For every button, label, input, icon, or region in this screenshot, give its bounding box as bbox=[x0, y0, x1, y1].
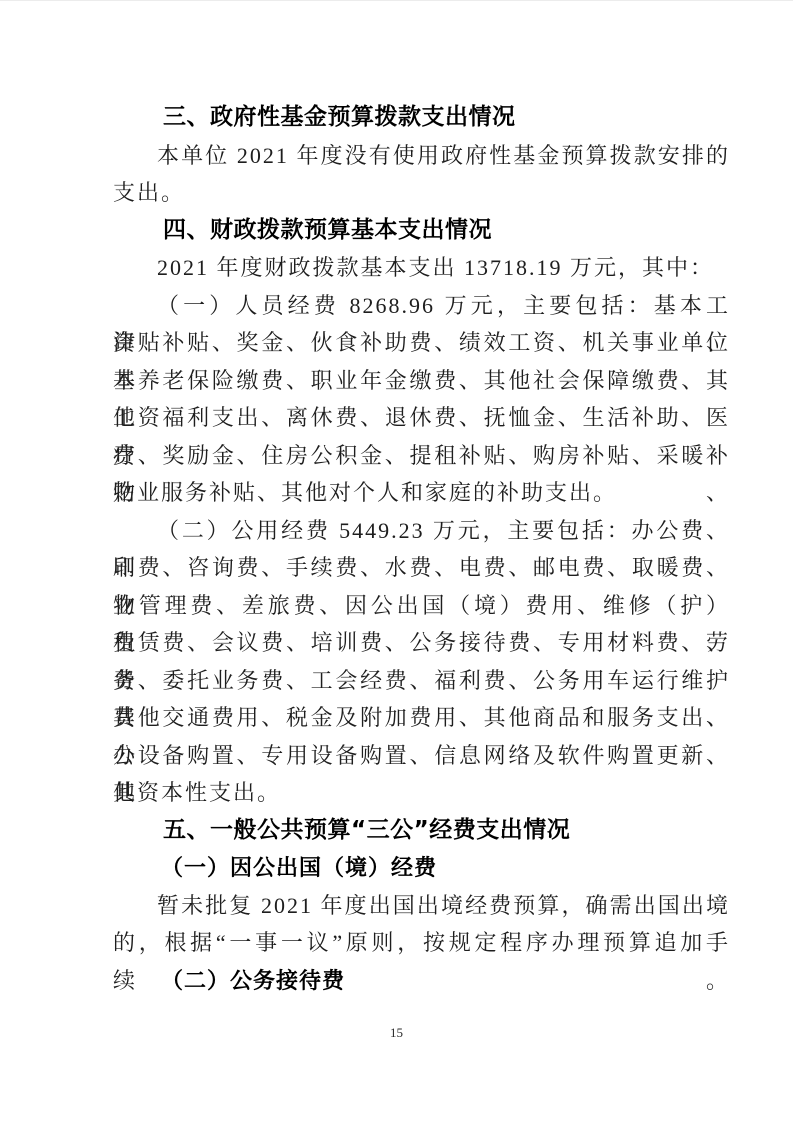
document-page: 三、政府性基金预算拨款支出情况 本单位 2021 年度没有使用政府性基金预算拨款… bbox=[0, 0, 793, 1122]
page-number: 15 bbox=[0, 1023, 793, 1043]
subsection-heading-abroad-expense: （一）因公出国（境）经费 bbox=[113, 849, 730, 887]
body-line: 支出。 bbox=[113, 174, 730, 212]
body-line: 刷费、咨询费、手续费、水费、电费、邮电费、取暖费、物 bbox=[113, 549, 730, 587]
body-line: 其他交通费用、税金及附加费用、其他商品和服务支出、办 bbox=[113, 699, 730, 737]
body-line: 本单位 2021 年度没有使用政府性基金预算拨款安排的 bbox=[113, 137, 730, 175]
section-heading-gov-fund-expenditure: 三、政府性基金预算拨款支出情况 bbox=[113, 99, 730, 137]
body-line: 公设备购置、专用设备购置、信息网络及软件购置更新、其 bbox=[113, 737, 730, 775]
body-line: 他资本性支出。 bbox=[113, 774, 730, 812]
body-line: 暂未批复 2021 年度出国出境经费预算，确需出国出境 bbox=[113, 887, 730, 925]
body-line: 费、委托业务费、工会经费、福利费、公务用车运行维护费、 bbox=[113, 662, 730, 700]
body-line: 的，根据“一事一议”原则，按规定程序办理预算追加手续。 bbox=[113, 924, 730, 962]
body-line: 本养老保险缴费、职业年金缴费、其他社会保障缴费、其他 bbox=[113, 362, 730, 400]
body-line: 2021 年度财政拨款基本支出 13718.19 万元，其中： bbox=[113, 249, 730, 287]
body-line: （一）人员经费 8268.96 万元，主要包括：基本工资、 bbox=[113, 287, 730, 325]
document-body: 三、政府性基金预算拨款支出情况 本单位 2021 年度没有使用政府性基金预算拨款… bbox=[113, 99, 730, 999]
section-heading-three-public-funds: 五、一般公共预算“三公”经费支出情况 bbox=[113, 812, 730, 850]
section-heading-basic-expenditure: 四、财政拨款预算基本支出情况 bbox=[113, 212, 730, 250]
body-line: 工资福利支出、离休费、退休费、抚恤金、生活补助、医疗 bbox=[113, 399, 730, 437]
body-line: 租赁费、会议费、培训费、公务接待费、专用材料费、劳务 bbox=[113, 624, 730, 662]
body-line: 费、奖励金、住房公积金、提租补贴、购房补贴、采暖补贴、 bbox=[113, 437, 730, 475]
body-line: （二）公用经费 5449.23 万元，主要包括：办公费、印 bbox=[113, 512, 730, 550]
body-line: 业管理费、差旅费、因公出国（境）费用、维修（护）费、 bbox=[113, 587, 730, 625]
body-line: 津贴补贴、奖金、伙食补助费、绩效工资、机关事业单位基 bbox=[113, 324, 730, 362]
